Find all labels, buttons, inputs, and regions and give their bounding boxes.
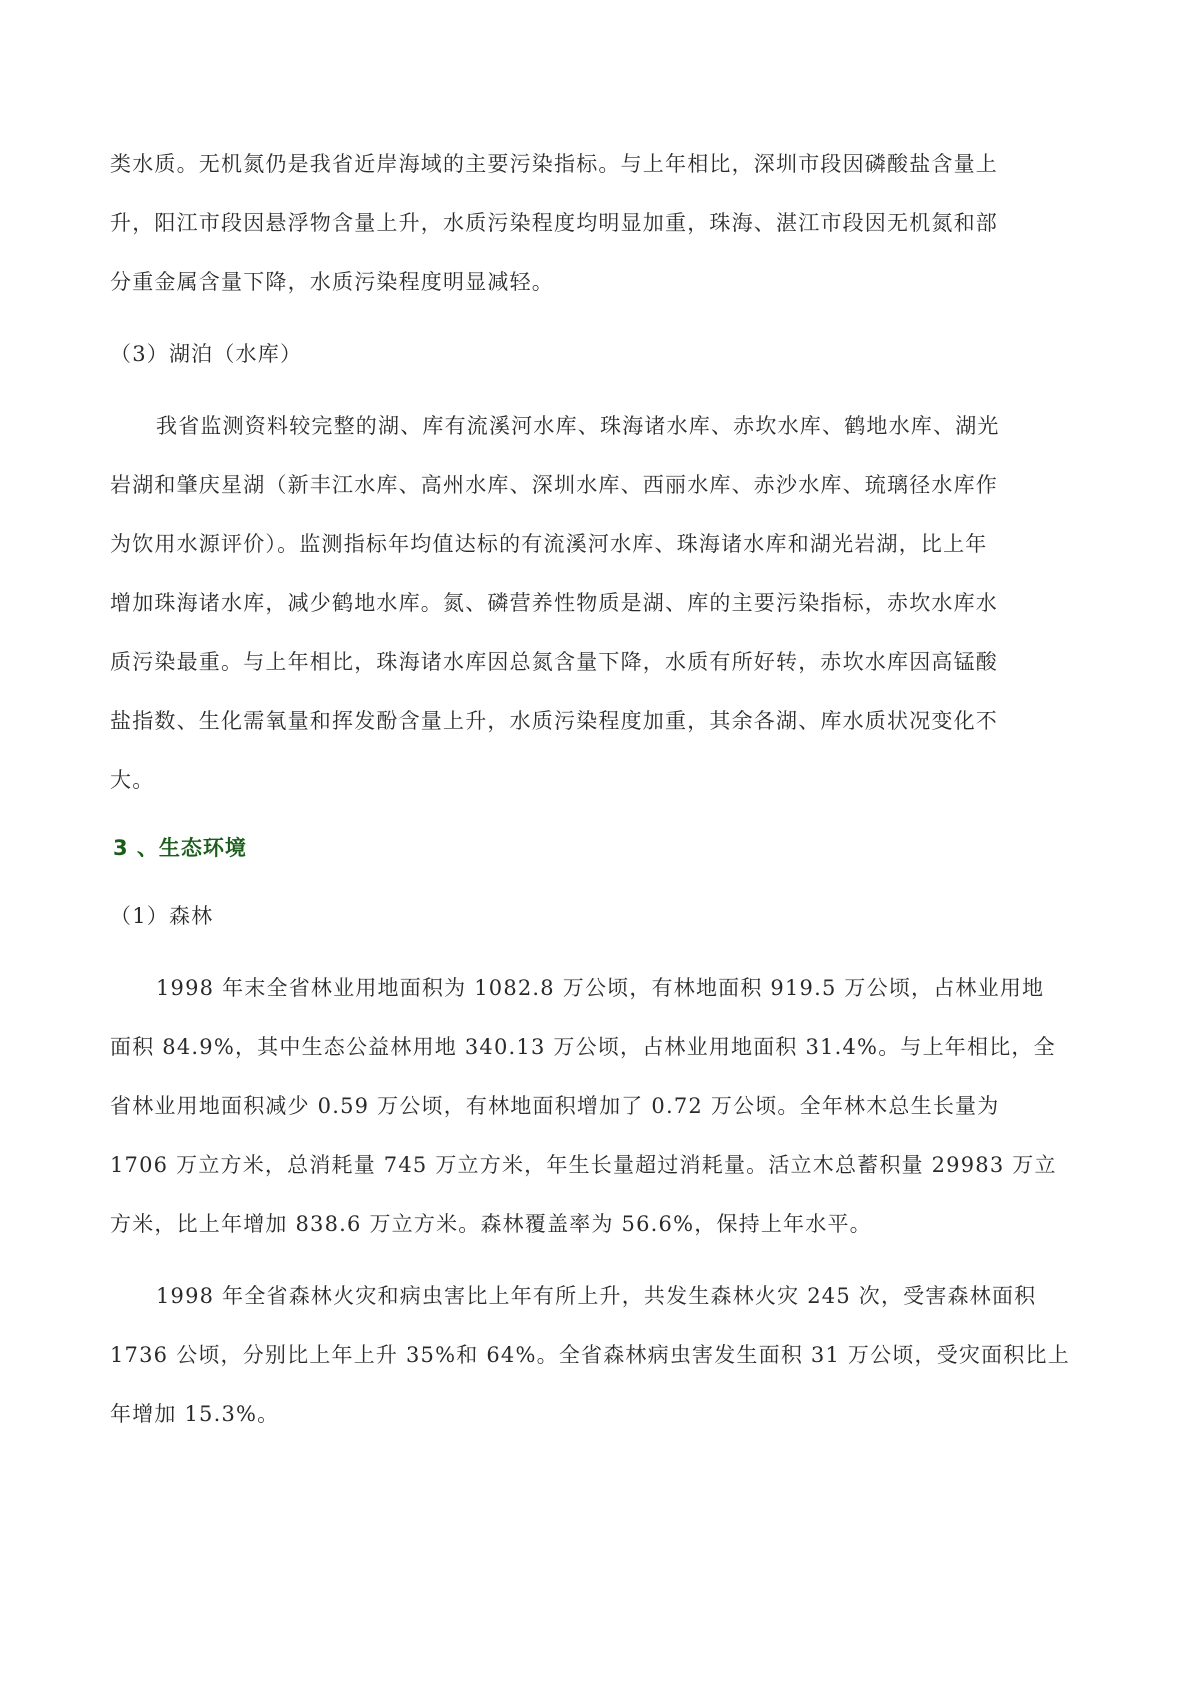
subsection-title-forest: （1）森林 — [110, 902, 213, 930]
text-line: 为饮用水源评价）。监测指标年均值达标的有流溪河水库、珠海诸水库和湖光岩湖，比上年 — [110, 530, 988, 558]
text-line: 盐指数、生化需氧量和挥发酚含量上升，水质污染程度加重，其余各湖、库水质状况变化不 — [110, 707, 998, 735]
text-line: 岩湖和肇庆星湖（新丰江水库、高州水库、深圳水库、西丽水库、赤沙水库、琉璃径水库作 — [110, 471, 998, 499]
text-line: 质污染最重。与上年相比，珠海诸水库因总氮含量下降，水质有所好转，赤坎水库因高锰酸 — [110, 648, 998, 676]
text-line: 1998 年末全省林业用地面积为 1082.8 万公顷，有林地面积 919.5 … — [156, 974, 1044, 1002]
text-line: 升，阳江市段因悬浮物含量上升，水质污染程度均明显加重，珠海、湛江市段因无机氮和部 — [110, 209, 998, 237]
text-line: 我省监测资料较完整的湖、库有流溪河水库、珠海诸水库、赤坎水库、鹤地水库、湖光 — [156, 412, 1000, 440]
text-line: 方米，比上年增加 838.6 万立方米。森林覆盖率为 56.6%，保持上年水平。 — [110, 1210, 872, 1238]
section-heading-ecology: 3 、生态环境 — [113, 834, 247, 862]
document-page: 类水质。无机氮仍是我省近岸海域的主要污染指标。与上年相比，深圳市段因磷酸盐含量上… — [0, 0, 1191, 1684]
text-line: 省林业用地面积减少 0.59 万公顷，有林地面积增加了 0.72 万公顷。全年林… — [110, 1092, 999, 1120]
text-line: 面积 84.9%，其中生态公益林用地 340.13 万公顷，占林业用地面积 31… — [110, 1033, 1056, 1061]
text-line: 1998 年全省森林火灾和病虫害比上年有所上升，共发生森林火灾 245 次，受害… — [156, 1282, 1036, 1310]
text-line: 分重金属含量下降，水质污染程度明显减轻。 — [110, 268, 554, 296]
text-line: 类水质。无机氮仍是我省近岸海域的主要污染指标。与上年相比，深圳市段因磷酸盐含量上 — [110, 150, 998, 178]
text-line: 增加珠海诸水库，减少鹤地水库。氮、磷营养性物质是湖、库的主要污染指标，赤坎水库水 — [110, 589, 998, 617]
text-line: 大。 — [110, 766, 154, 794]
text-line: 1706 万立方米，总消耗量 745 万立方米，年生长量超过消耗量。活立木总蓄积… — [110, 1151, 1057, 1179]
text-line: 年增加 15.3%。 — [110, 1400, 279, 1428]
text-line: 1736 公顷，分别比上年上升 35%和 64%。全省森林病虫害发生面积 31 … — [110, 1341, 1070, 1369]
subsection-title-lakes: （3）湖泊（水库） — [110, 340, 302, 368]
